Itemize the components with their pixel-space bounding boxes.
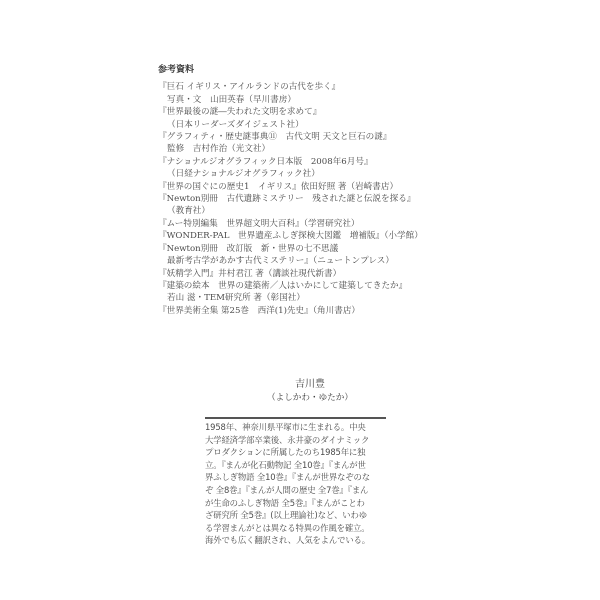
bio-line: る学習まんがとは異なる特異の作風を確立。: [205, 522, 389, 535]
reference-line: 『世界の国ぐにの歴史1 イギリス』依田好照 著（岩崎書店）: [158, 181, 458, 193]
bio-line: 海外でも広く翻訳され、人気をよんでいる。: [205, 534, 389, 547]
reference-line: 写真・文 山田英春（早川書房）: [158, 94, 458, 106]
reference-line: （教育社）: [158, 205, 458, 217]
bio-line: ざ研究所 全5巻』(以上理論社)など、いわゆ: [205, 509, 389, 522]
bio-line: プロダクションに所属したのち1985年に独: [205, 446, 389, 459]
reference-line: 『建築の絵本 世界の建築術／人はいかにして建築してきたか』: [158, 280, 458, 292]
bio-line: 界ふしぎ物語 全10巻』『まんが世界なぞのな: [205, 471, 389, 484]
reference-line: 『世界最後の謎―失われた文明を求めて』: [158, 106, 458, 118]
references-section: 参考資料 『巨石 イギリス・アイルランドの古代を歩く』 写真・文 山田英春（早川…: [158, 64, 458, 317]
author-heading: 吉川豊 （よしかわ・ゆたか）: [200, 378, 420, 405]
reference-line: 監修 吉村作治（光文社）: [158, 143, 458, 155]
divider: [205, 417, 386, 419]
reference-line: 『妖精学入門』井村君江 著（講談社現代新書）: [158, 268, 458, 280]
reference-line: 『世界美術全集 第25巻 西洋(1)先史』（角川書店）: [158, 305, 458, 317]
references-title: 参考資料: [158, 64, 458, 76]
reference-line: （日経ナショナルジオグラフィック社）: [158, 168, 458, 180]
reference-line: 『ムー特別編集 世界超文明大百科』（学習研究社）: [158, 218, 458, 230]
reference-line: （日本リーダーズダイジェスト社）: [158, 119, 458, 131]
bio-line: 1958年、神奈川県平塚市に生まれる。中央: [205, 421, 389, 434]
author-name: 吉川豊: [200, 378, 420, 392]
reference-line: 『ナショナルジオグラフィック日本版 2008年6月号』: [158, 156, 458, 168]
references-list: 『巨石 イギリス・アイルランドの古代を歩く』 写真・文 山田英春（早川書房） 『…: [158, 81, 458, 317]
bio-line: が生命のふしぎ物語 全5巻』『まんがことわ: [205, 497, 389, 510]
reference-line: 最新考古学があかす古代ミステリー』（ニュートンプレス）: [158, 255, 458, 267]
bio-line: 立。『まんが化石動物記 全10巻』『まんが世: [205, 459, 389, 472]
reference-line: 『WONDER-PAL 世界遺産ふしぎ探検大図鑑 増補版』（小学館）: [158, 230, 458, 242]
bio-line: 大学経済学部卒業後、永井豪のダイナミック: [205, 434, 389, 447]
author-bio: 1958年、神奈川県平塚市に生まれる。中央 大学経済学部卒業後、永井豪のダイナミ…: [205, 421, 389, 547]
reference-line: 『Newton別冊 古代遺跡ミステリー 残された謎と伝説を探る』: [158, 193, 458, 205]
reference-line: 『グラフィティ・歴史謎事典⑪ 古代文明 天文と巨石の謎』: [158, 131, 458, 143]
author-name-reading: （よしかわ・ゆたか）: [200, 392, 420, 405]
reference-line: 若山 滋・TEM研究所 著（彰国社）: [158, 292, 458, 304]
bio-line: ぞ 全8巻』『まんが人間の歴史 全7巻』『まん: [205, 484, 389, 497]
reference-line: 『巨石 イギリス・アイルランドの古代を歩く』: [158, 81, 458, 93]
reference-line: 『Newton別冊 改訂版 新・世界の七不思議: [158, 243, 458, 255]
